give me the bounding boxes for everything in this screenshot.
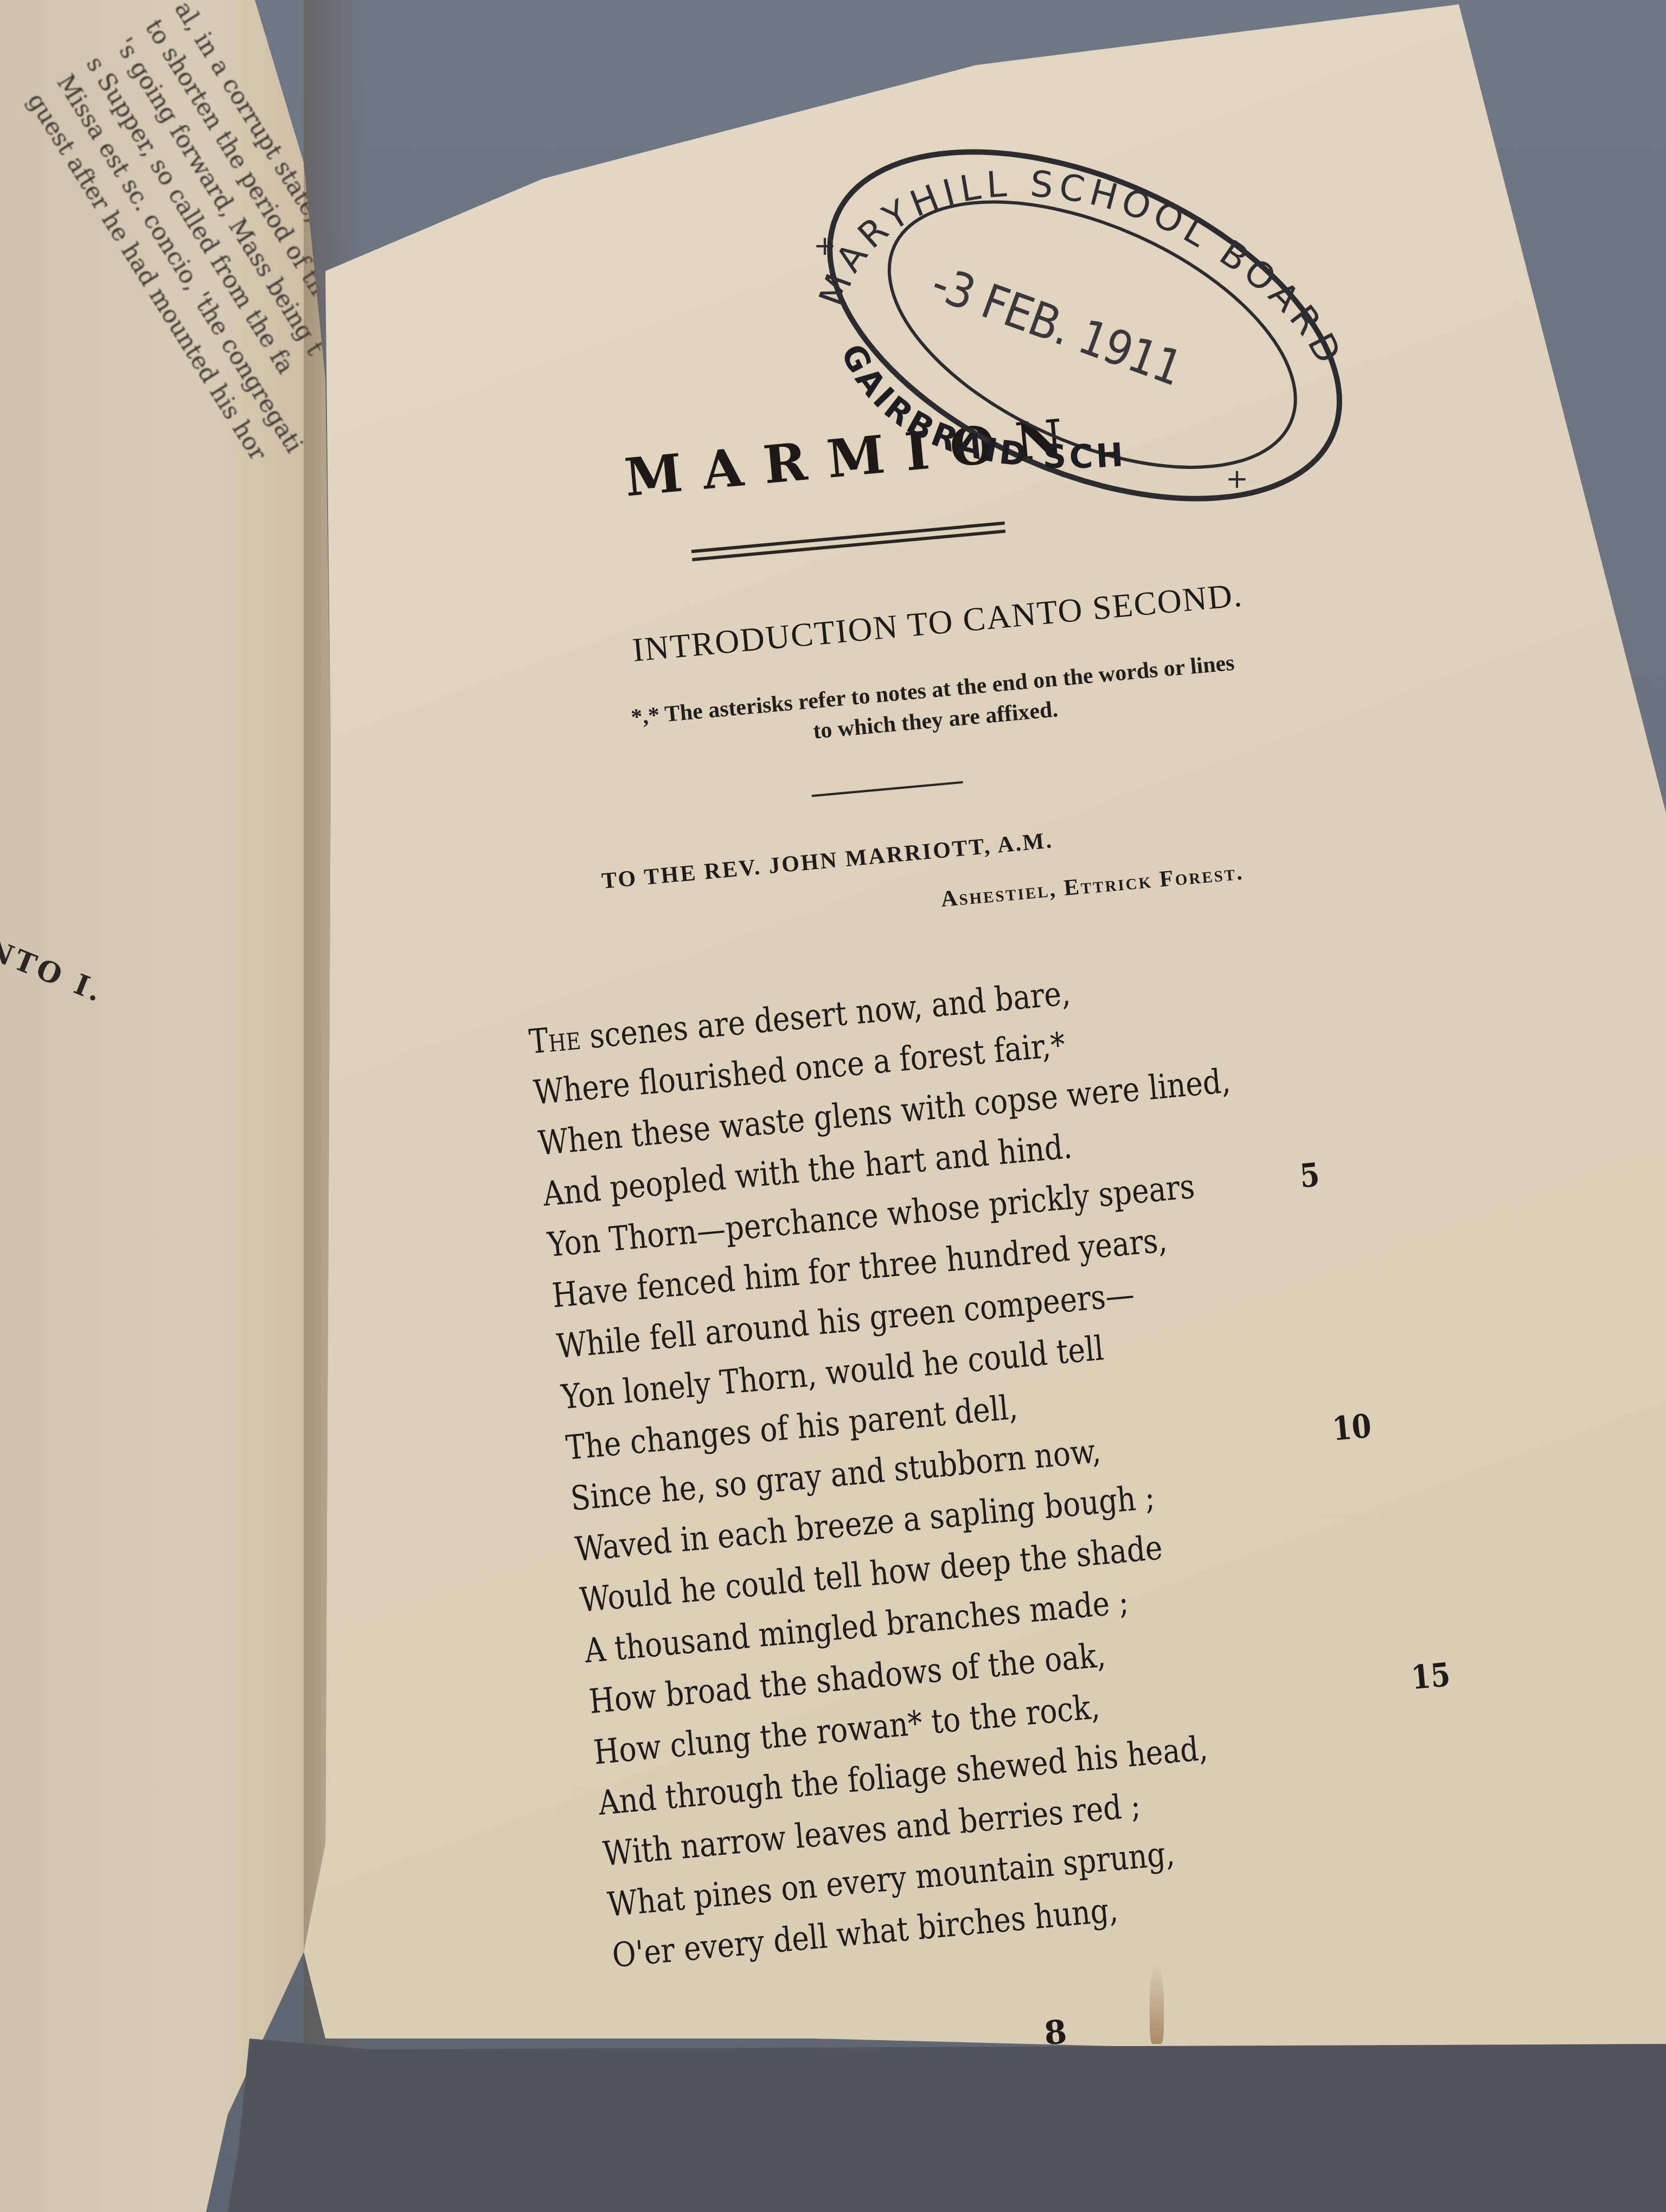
short-rule-divider [812,781,963,797]
page-content: MARMION INTRODUCTION TO CANTO SECOND. *,… [472,319,1641,1978]
stamp-cross-icon: + [1226,463,1248,494]
asterism-symbol: *,* [630,703,661,730]
location-line: Ashestiel, Ettrick Forest. [940,859,1245,913]
verse-block: The scenes are desert now, and bare, Whe… [527,928,1587,1981]
line-number: 10 [1330,1401,1374,1455]
school-board-stamp: MARYHILL SCHOOL BOARD GAIRBRAID SCHOOL. … [792,130,1377,520]
double-rule-divider [691,522,1006,566]
book-cover-edge [228,2039,1666,2212]
left-canto-label: NTO I. [0,933,109,1009]
line-number: 5 [1298,1149,1322,1202]
line-number: 15 [1409,1649,1452,1703]
page-stain [1150,1963,1164,2044]
left-page: al, in a corrupt state, ( to shorten the… [0,0,347,2212]
stamp-cross-icon: + [813,230,836,261]
